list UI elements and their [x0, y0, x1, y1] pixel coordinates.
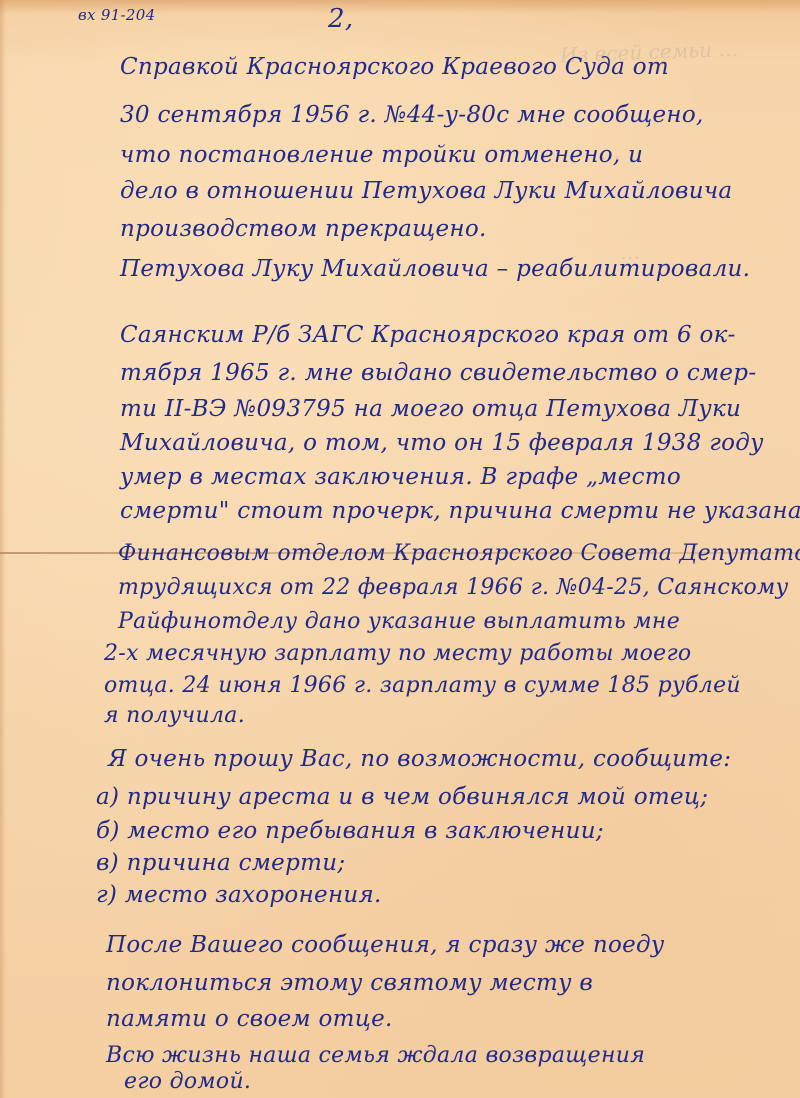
text-line: смерти" стоит прочерк, причина смерти не…	[120, 496, 800, 526]
list-item: б) место его пребывания в заключении;	[96, 816, 604, 846]
text-line: умер в местах заключения. В графе „место	[120, 462, 681, 492]
text-line: дело в отношении Петухова Луки Михайлови…	[120, 176, 732, 206]
list-item: а) причину ареста и в чем обвинялся мой …	[96, 782, 708, 812]
text-line: поклониться этому святому месту в	[106, 968, 593, 998]
text-line: Райфинотделу дано указание выплатить мне	[118, 608, 680, 636]
text-line: Всю жизнь наша семья ждала возвращения	[106, 1042, 645, 1070]
text-line: ти II-ВЭ №093795 на моего отца Петухова …	[120, 394, 741, 424]
text-line: памяти о своем отце.	[106, 1004, 393, 1034]
letter-page: Из всей семьи … … … вх 91-204 2, Справко…	[0, 0, 800, 1098]
text-line: производством прекращено.	[120, 214, 487, 244]
list-item: в) причина смерти;	[96, 848, 345, 878]
text-line: Саянским Р/б ЗАГС Красноярского края от …	[120, 320, 736, 350]
list-item: г) место захоронения.	[96, 880, 382, 910]
text-line: После Вашего сообщения, я сразу же поеду	[106, 930, 665, 960]
text-line: Петухова Луку Михайловича – реабилитиров…	[120, 254, 750, 284]
text-line: трудящихся от 22 февраля 1966 г. №04-25,…	[118, 574, 789, 602]
text-line: Справкой Красноярского Краевого Суда от	[120, 52, 669, 82]
text-line: тября 1965 г. мне выдано свидетельство о…	[120, 358, 756, 388]
text-line: 30 сентября 1956 г. №44-у-80с мне сообще…	[120, 100, 704, 130]
text-line: 2-х месячную зарплату по месту работы мо…	[104, 640, 691, 668]
reference-note: вх 91-204	[78, 6, 155, 24]
text-line: Михайловича, о том, что он 15 февраля 19…	[120, 428, 764, 458]
text-line: что постановление тройки отменено, и	[120, 140, 643, 170]
page-number: 2,	[328, 4, 353, 34]
text-line: его домой.	[124, 1068, 251, 1096]
text-line: Финансовым отделом Красноярского Совета …	[118, 540, 800, 568]
text-line: Я очень прошу Вас, по возможности, сообщ…	[108, 744, 731, 774]
text-line: я получила.	[104, 702, 245, 730]
text-line: отца. 24 июня 1966 г. зарплату в сумме 1…	[104, 672, 741, 700]
